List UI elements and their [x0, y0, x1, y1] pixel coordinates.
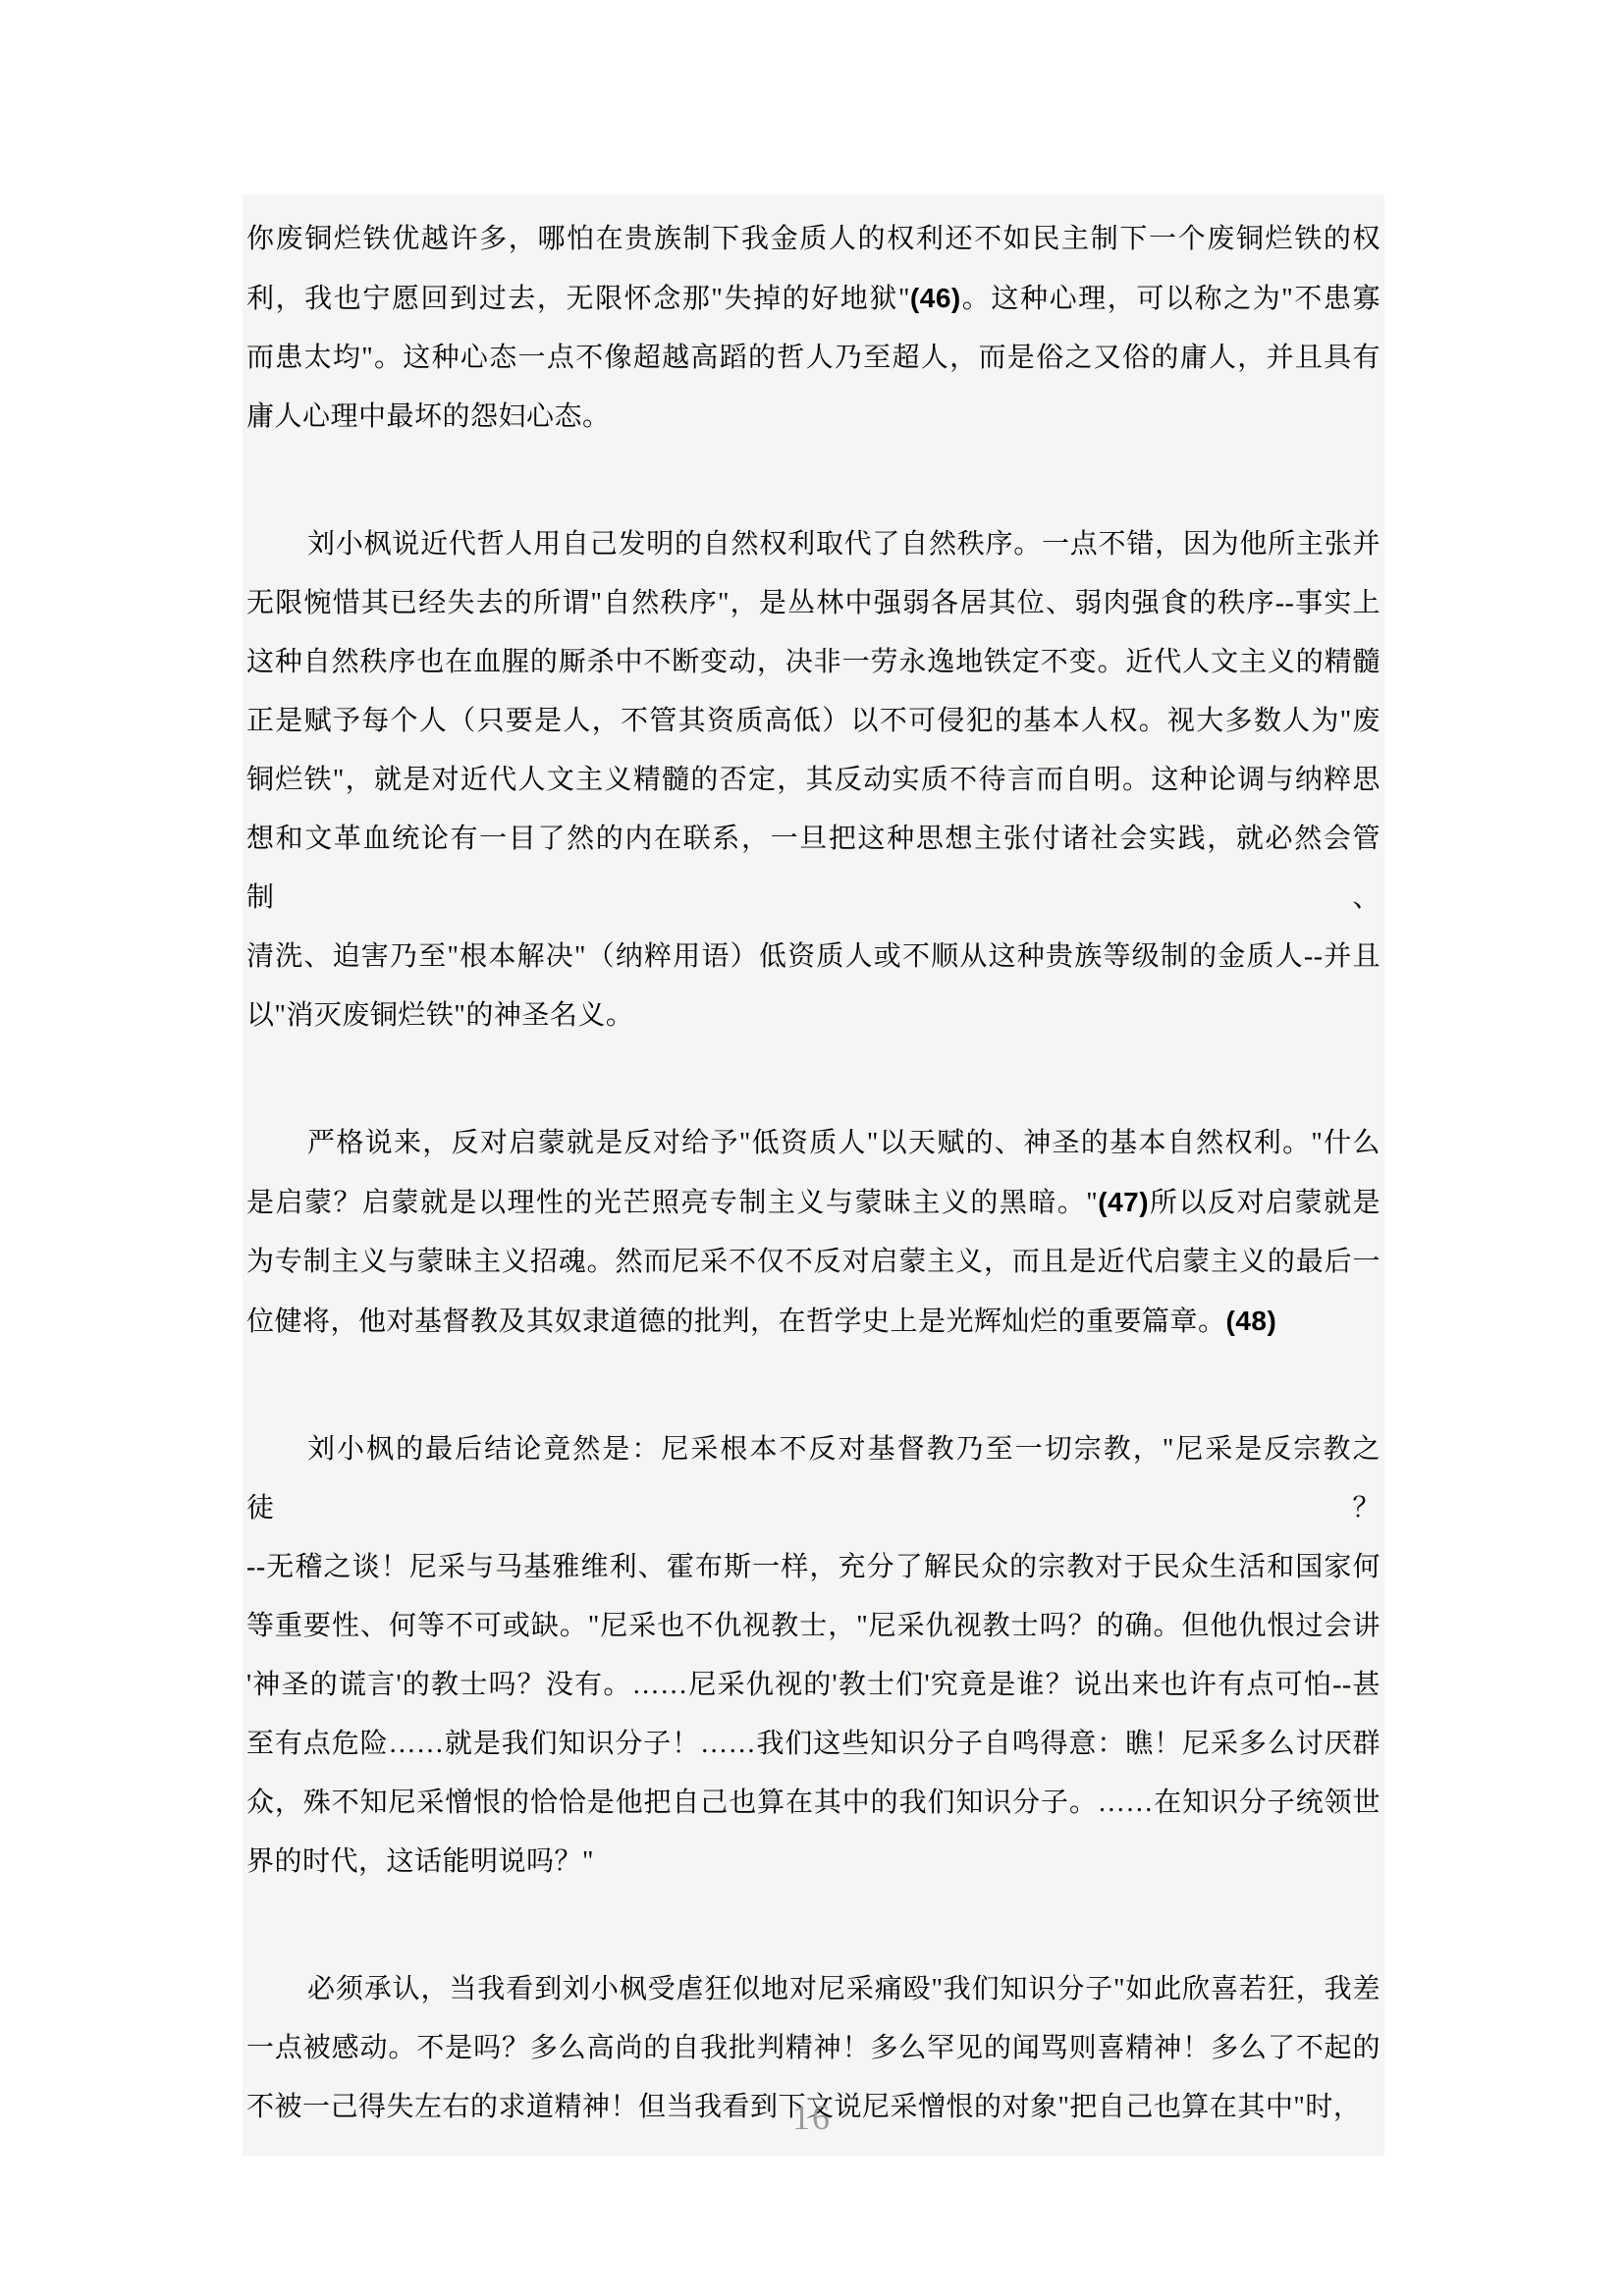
- text-line: 刘小枫说近代哲人用自己发明的自然权利取代了自然秩序。一点不错，因为他所主张并: [246, 515, 1380, 574]
- text-line: 这种自然秩序也在血腥的厮杀中不断变动，决非一劳永逸地铁定不变。近代人文主义的精髓: [246, 633, 1380, 692]
- text-line: 铜烂铁"，就是对近代人文主义精髓的否定，其反动实质不待言而自明。这种论调与纳粹思: [246, 751, 1380, 810]
- text-line: 为专制主义与蒙昧主义招魂。然而尼采不仅不反对启蒙主义，而且是近代启蒙主义的最后一: [246, 1233, 1380, 1292]
- text-line: 想和文革血统论有一目了然的内在联系，一旦把这种思想主张付诸社会实践，就必然会管制…: [246, 810, 1380, 928]
- text-line: '神圣的谎言'的教士吗？没有。……尼采仇视的'教士们'究竟是谁？说出来也许有点可…: [246, 1656, 1380, 1715]
- paragraph: 刘小枫的最后结论竟然是：尼采根本不反对基督教乃至一切宗教，"尼采是反宗教之徒？-…: [246, 1420, 1380, 1892]
- text-line: --无稽之谈！尼采与马基雅维利、霍布斯一样，充分了解民众的宗教对于民众生活和国家…: [246, 1538, 1380, 1597]
- footnote-ref: (47): [1098, 1187, 1149, 1217]
- paragraph: 刘小枫说近代哲人用自己发明的自然权利取代了自然秩序。一点不错，因为他所主张并无限…: [246, 515, 1380, 1045]
- text-line: 以"消灭废铜烂铁"的神圣名义。: [246, 987, 1380, 1045]
- text-line: 刘小枫的最后结论竟然是：尼采根本不反对基督教乃至一切宗教，"尼采是反宗教之徒？: [246, 1420, 1380, 1538]
- text-line: 而患太均"。这种心态一点不像超越高蹈的哲人乃至超人，而是俗之又俗的庸人，并且具有: [246, 329, 1380, 388]
- text-line: 庸人心理中最坏的怨妇心态。: [246, 388, 1380, 447]
- footnote-ref: (48): [1226, 1306, 1277, 1336]
- text-line: 众，殊不知尼采憎恨的恰恰是他把自己也算在其中的我们知识分子。……在知识分子统领世: [246, 1774, 1380, 1833]
- text-line: 位健将，他对基督教及其奴隶道德的批判，在哲学史上是光辉灿烂的重要篇章。(48): [246, 1292, 1380, 1352]
- text-line: 严格说来，反对启蒙就是反对给予"低资质人"以天赋的、神圣的基本自然权利。"什么: [246, 1114, 1380, 1173]
- text-line: 清洗、迫害乃至"根本解决"（纳粹用语）低资质人或不顺从这种贵族等级制的金质人--…: [246, 928, 1380, 987]
- text-line: 正是赋予每个人（只要是人，不管其资质高低）以不可侵犯的基本人权。视大多数人为"废: [246, 692, 1380, 751]
- text-line: 你废铜烂铁优越许多，哪怕在贵族制下我金质人的权利还不如民主制下一个废铜烂铁的权: [246, 210, 1380, 269]
- text-line: 必须承认，当我看到刘小枫受虐狂似地对尼采痛殴"我们知识分子"如此欣喜若狂，我差: [246, 1960, 1380, 2019]
- document-page: 你废铜烂铁优越许多，哪怕在贵族制下我金质人的权利还不如民主制下一个废铜烂铁的权利…: [0, 0, 1624, 2296]
- text-block: 你废铜烂铁优越许多，哪怕在贵族制下我金质人的权利还不如民主制下一个废铜烂铁的权利…: [243, 194, 1384, 2156]
- page-number: 16: [0, 2097, 1624, 2138]
- footnote-ref: (46): [910, 283, 961, 313]
- text-line: 等重要性、何等不可或缺。"尼采也不仇视教士，"尼采仇视教士吗？的确。但他仇恨过会…: [246, 1597, 1380, 1656]
- paragraph: 你废铜烂铁优越许多，哪怕在贵族制下我金质人的权利还不如民主制下一个废铜烂铁的权利…: [246, 210, 1380, 447]
- paragraph: 严格说来，反对启蒙就是反对给予"低资质人"以天赋的、神圣的基本自然权利。"什么是…: [246, 1114, 1380, 1352]
- text-line: 是启蒙？启蒙就是以理性的光芒照亮专制主义与蒙昧主义的黑暗。"(47)所以反对启蒙…: [246, 1173, 1380, 1233]
- text-line: 无限惋惜其已经失去的所谓"自然秩序"，是丛林中强弱各居其位、弱肉强食的秩序--事…: [246, 574, 1380, 633]
- text-line: 利，我也宁愿回到过去，无限怀念那"失掉的好地狱"(46)。这种心理，可以称之为"…: [246, 269, 1380, 329]
- text-line: 一点被感动。不是吗？多么高尚的自我批判精神！多么罕见的闻骂则喜精神！多么了不起的: [246, 2019, 1380, 2078]
- text-line: 至有点危险……就是我们知识分子！……我们这些知识分子自鸣得意：瞧！尼采多么讨厌群: [246, 1715, 1380, 1774]
- text-line: 界的时代，这话能明说吗？": [246, 1833, 1380, 1892]
